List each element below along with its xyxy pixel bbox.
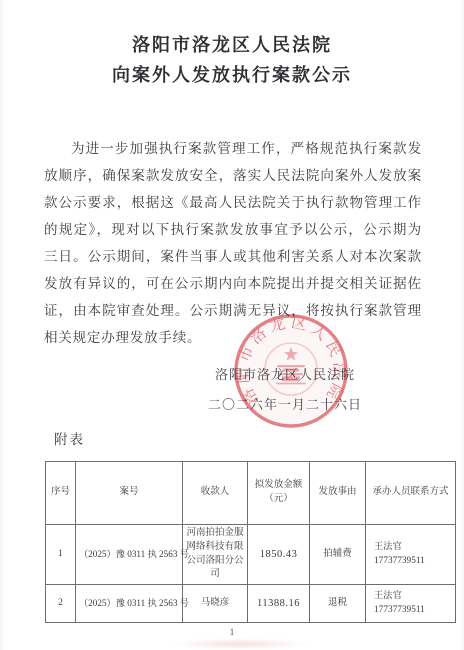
- page-number: 1: [0, 628, 464, 638]
- page-title: 洛阳市洛龙区人民法院 向案外人发放执行案款公示: [0, 30, 464, 90]
- contact-name: 王法官: [374, 590, 452, 603]
- contact-phone: 17737739511: [374, 604, 452, 617]
- seal-bleed-mark: [172, 639, 308, 649]
- document-page: 洛阳市洛龙区人民法院 向案外人发放执行案款公示 为进一步加强执行案款管理工作，严…: [0, 0, 464, 650]
- cell-contact: 王法官 17737739511: [366, 585, 456, 623]
- contact-phone: 17737739511: [374, 555, 452, 568]
- cell-payee: 马晓彦: [183, 585, 248, 623]
- attachment-label: 附表: [54, 428, 85, 448]
- column-header-no: 序号: [46, 462, 76, 525]
- cell-case-no: （2025）豫 0311 执 2563 号: [76, 525, 183, 585]
- column-header-amount: 拟发放金额（元）: [248, 462, 310, 525]
- column-header-reason: 发放事由: [310, 462, 366, 525]
- column-header-payee: 收款人: [183, 462, 248, 525]
- court-seal: 洛阳市洛龙区人民法院: [232, 312, 350, 430]
- cell-case-no: （2025）豫 0311 执 2563 号: [76, 585, 183, 623]
- cell-reason: 拍辅费: [310, 525, 366, 585]
- page-title-line-2: 向案外人发放执行案款公示: [0, 60, 464, 90]
- page-title-line-1: 洛阳市洛龙区人民法院: [0, 30, 464, 60]
- cell-amount: 1850.43: [248, 525, 310, 585]
- cell-amount: 11388.16: [248, 585, 310, 623]
- table-row: 2 （2025）豫 0311 执 2563 号 马晓彦 11388.16 退税 …: [46, 585, 456, 623]
- table-header-row: 序号 案号 收款人 拟发放金额（元） 发放事由 承办人员联系方式: [46, 462, 456, 525]
- cell-contact: 王法官 17737739511: [366, 525, 456, 585]
- table-row: 1 （2025）豫 0311 执 2563 号 河南拍拍金服网络科技有限公司洛阳…: [46, 525, 456, 585]
- column-header-case-no: 案号: [76, 462, 183, 525]
- contact-name: 王法官: [374, 541, 452, 554]
- case-table: 序号 案号 收款人 拟发放金额（元） 发放事由 承办人员联系方式 1 （2025…: [45, 461, 456, 623]
- cell-no: 2: [46, 585, 76, 623]
- cell-reason: 退税: [310, 585, 366, 623]
- cell-no: 1: [46, 525, 76, 585]
- cell-payee: 河南拍拍金服网络科技有限公司洛阳分公司: [183, 525, 248, 585]
- column-header-contact: 承办人员联系方式: [366, 462, 456, 525]
